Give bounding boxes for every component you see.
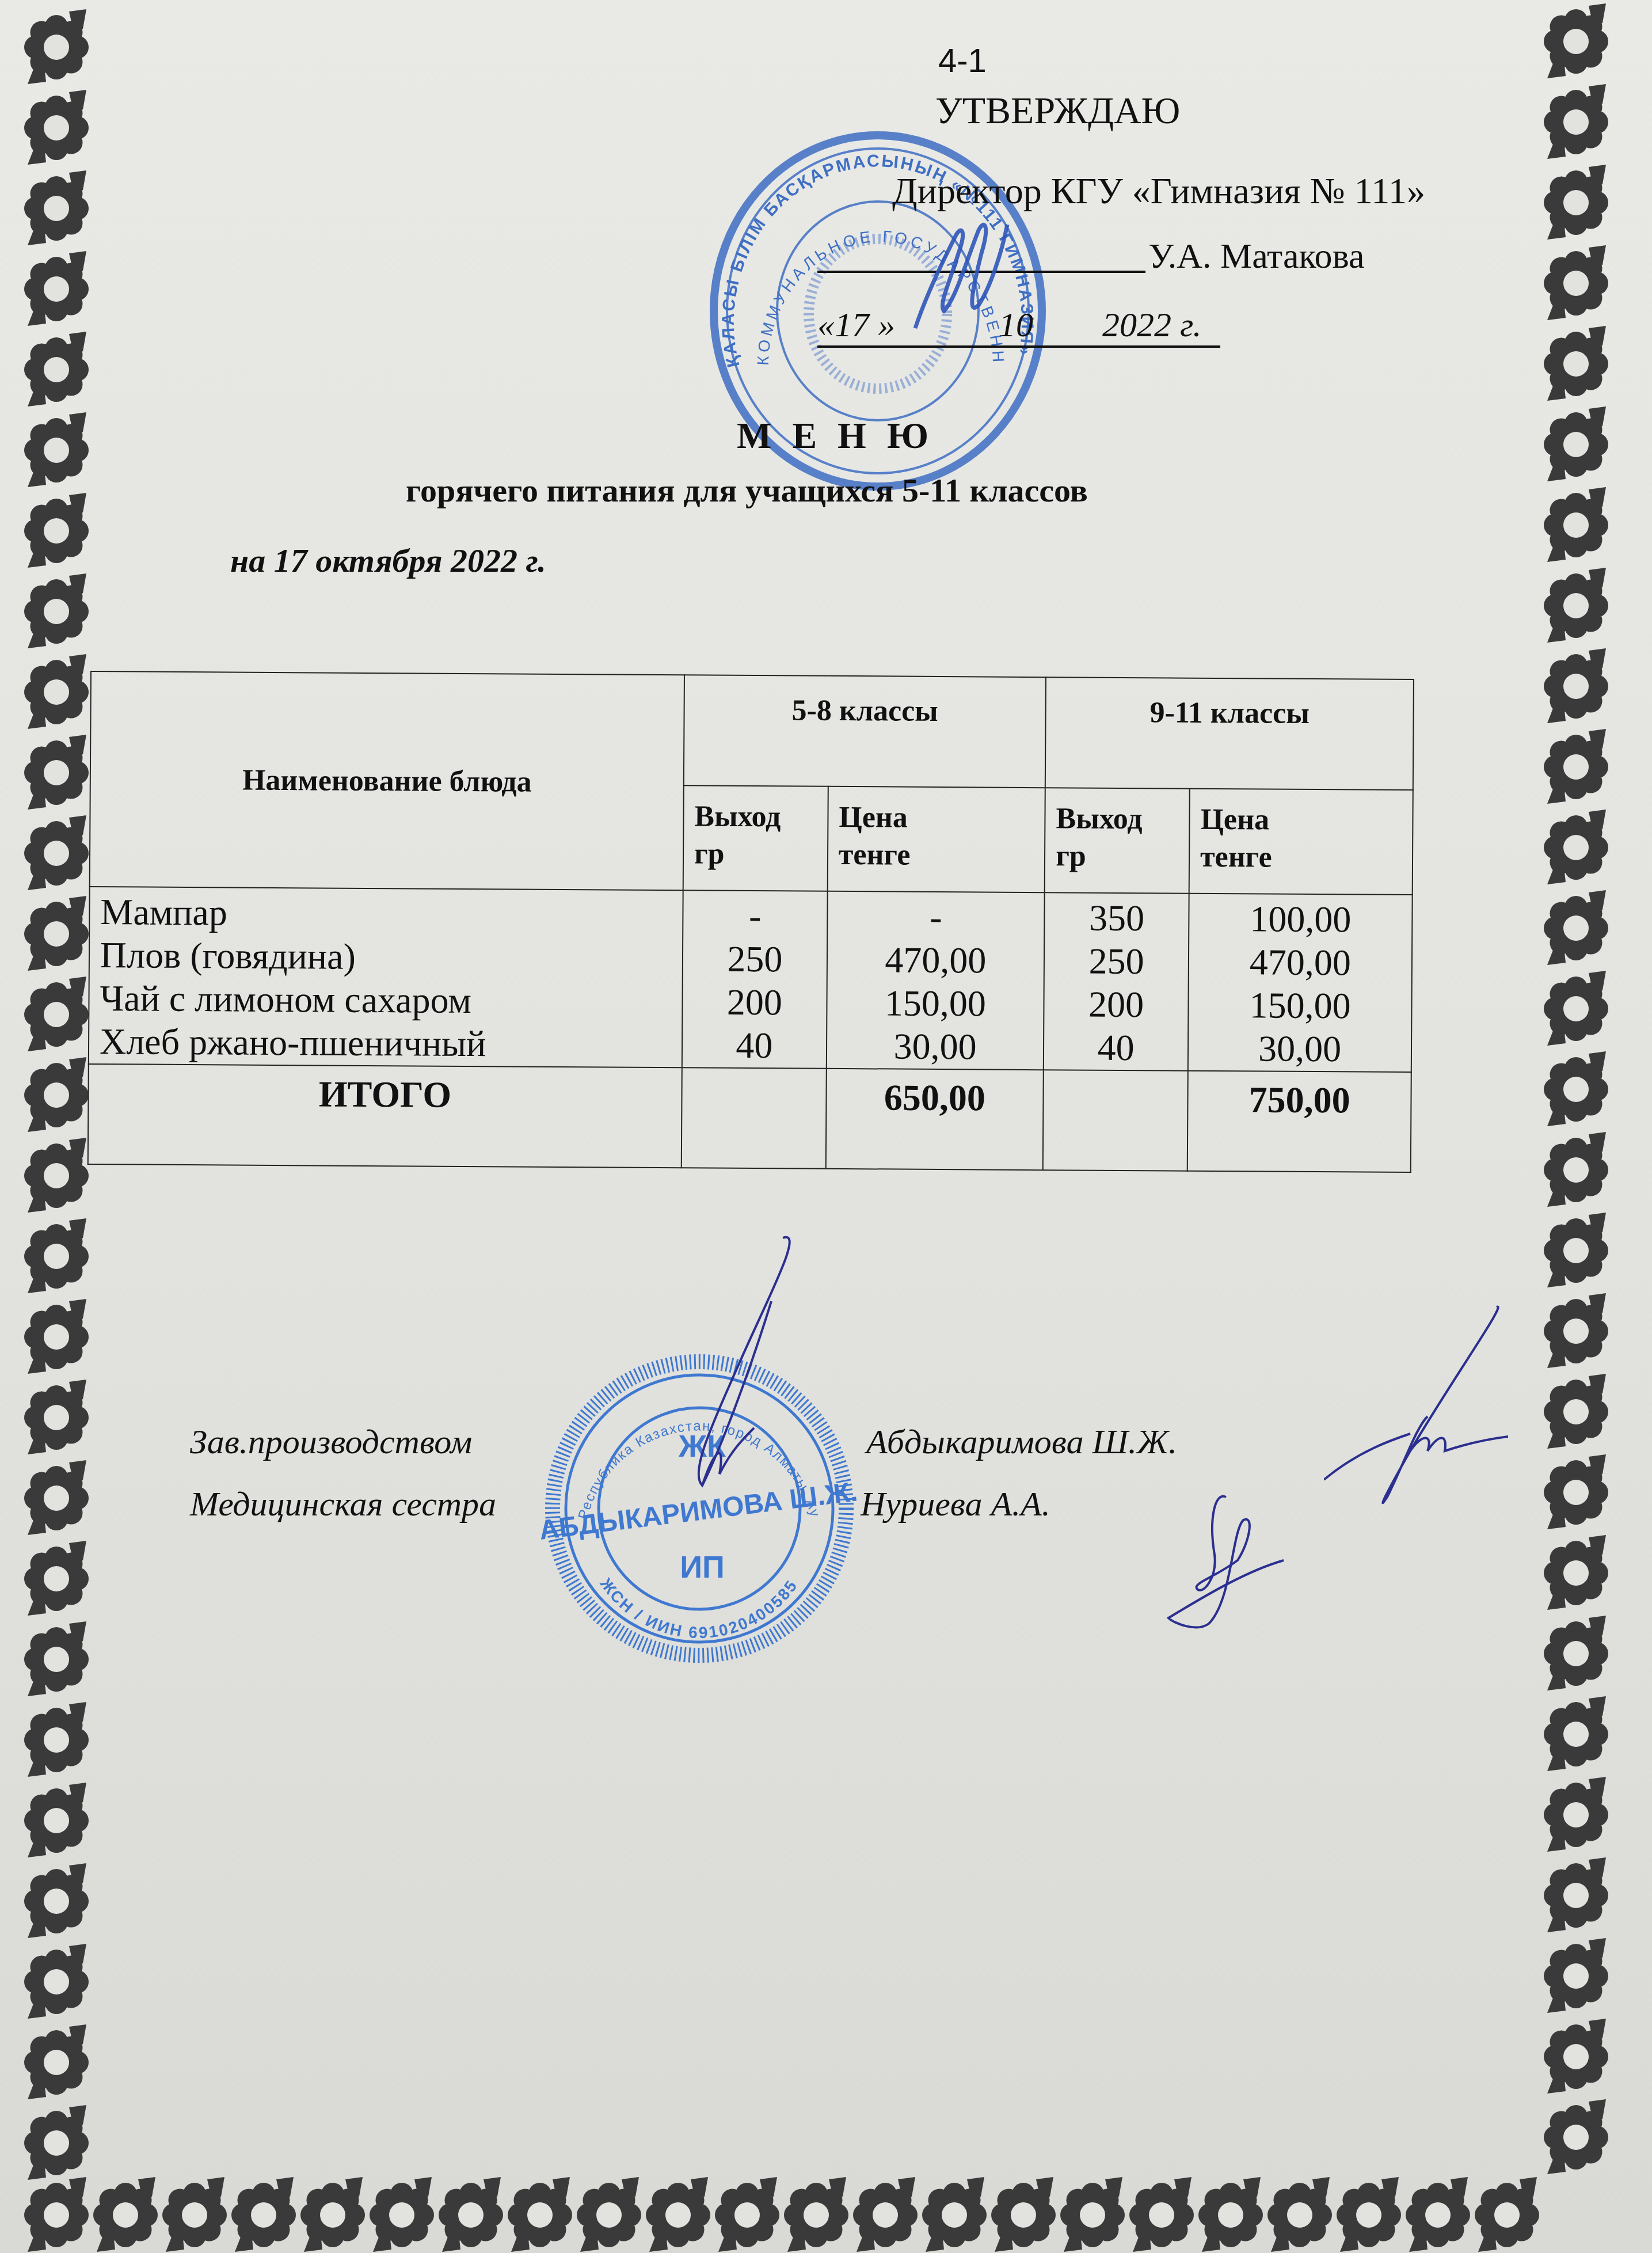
flower-ornament-icon bbox=[1543, 1854, 1612, 1935]
flower-ornament-icon bbox=[1404, 2174, 1474, 2253]
production-head-signature bbox=[633, 1232, 829, 1532]
approval-date-year: 2022 г. bbox=[1102, 305, 1202, 345]
flower-ornament-icon bbox=[1543, 1048, 1612, 1129]
document-code: 4-1 bbox=[938, 41, 987, 80]
table-row-total: ИТОГО 650,00 750,00 bbox=[88, 1064, 1411, 1172]
flower-ornament-icon bbox=[1543, 484, 1612, 564]
flower-ornament-icon bbox=[23, 167, 92, 248]
yield-5-8-cell: - 250 200 40 bbox=[682, 890, 828, 1069]
flower-ornament-icon bbox=[1543, 242, 1612, 322]
menu-table: Наименование блюда 5-8 классы 9-11 класс… bbox=[87, 671, 1414, 1173]
yield-value: 350 bbox=[1055, 896, 1178, 940]
flower-ornament-icon bbox=[23, 1295, 92, 1376]
flower-ornament-icon bbox=[645, 2174, 714, 2253]
flower-ornament-icon bbox=[1543, 1451, 1612, 1532]
flower-ornament-icon bbox=[1543, 1129, 1612, 1209]
flower-ornament-icon bbox=[23, 1699, 92, 1779]
flower-ornament-icon bbox=[23, 328, 92, 409]
column-header-price-9-11: Ценатенге bbox=[1189, 789, 1413, 895]
signature-name-production-head: Абдыкаримова Ш.Ж. bbox=[866, 1422, 1177, 1462]
flower-ornament-icon bbox=[23, 1618, 92, 1699]
document-subtitle: горячего питания для учащихся 5-11 класс… bbox=[406, 471, 1088, 510]
flower-ornament-icon bbox=[1543, 1935, 1612, 2015]
ornament-border-bottom bbox=[23, 2174, 1543, 2253]
price-value: 100,00 bbox=[1200, 898, 1401, 942]
price-value: 470,00 bbox=[838, 939, 1034, 983]
flower-ornament-icon bbox=[23, 1054, 92, 1134]
flower-ornament-icon bbox=[1543, 2015, 1612, 2096]
flower-ornament-icon bbox=[1128, 2174, 1197, 2253]
flower-ornament-icon bbox=[299, 2174, 368, 2253]
flower-ornament-icon bbox=[1543, 2096, 1612, 2176]
column-header-yield-9-11: Выходгр bbox=[1045, 788, 1190, 894]
signature-role-production-head: Зав.производством bbox=[190, 1422, 472, 1462]
flower-ornament-icon bbox=[1543, 1693, 1612, 1773]
flower-ornament-icon bbox=[1543, 645, 1612, 725]
flower-ornament-icon bbox=[1543, 887, 1612, 967]
flower-ornament-icon bbox=[23, 1134, 92, 1215]
table-row-dishes: Мампар Плов (говядина) Чай с лимоном сах… bbox=[89, 887, 1413, 1072]
ornament-border-left bbox=[23, 6, 92, 2182]
yield-value: - bbox=[694, 894, 816, 938]
flower-ornament-icon bbox=[23, 812, 92, 892]
flower-ornament-icon bbox=[1543, 1773, 1612, 1854]
total-yield-5-8 bbox=[682, 1067, 827, 1169]
yield-value: 250 bbox=[1055, 940, 1178, 983]
svg-text:ИП: ИП bbox=[680, 1550, 725, 1585]
flower-ornament-icon bbox=[230, 2174, 299, 2253]
yield-9-11-cell: 350 250 200 40 bbox=[1044, 892, 1189, 1071]
price-value: 30,00 bbox=[838, 1025, 1033, 1069]
approver-name: У.А. Матакова bbox=[1148, 236, 1364, 277]
dish-name: Плов (говядина) bbox=[100, 934, 672, 981]
flower-ornament-icon bbox=[1543, 161, 1612, 242]
flower-ornament-icon bbox=[1543, 806, 1612, 887]
flower-ornament-icon bbox=[23, 1376, 92, 1457]
dish-name: Мампар bbox=[100, 891, 672, 937]
total-price-5-8: 650,00 bbox=[826, 1069, 1044, 1170]
price-value: 30,00 bbox=[1199, 1027, 1400, 1072]
yield-value: 200 bbox=[693, 981, 816, 1024]
document-title: М Е Н Ю bbox=[737, 415, 934, 457]
flower-ornament-icon bbox=[23, 1215, 92, 1295]
flower-ornament-icon bbox=[1543, 1370, 1612, 1451]
flower-ornament-icon bbox=[1543, 81, 1612, 161]
column-header-yield-5-8: Выходгр bbox=[683, 785, 828, 891]
flower-ornament-icon bbox=[23, 86, 92, 167]
flower-ornament-icon bbox=[23, 489, 92, 570]
yield-value: 40 bbox=[693, 1024, 816, 1067]
flower-ornament-icon bbox=[1543, 1290, 1612, 1370]
flower-ornament-icon bbox=[1474, 2174, 1543, 2253]
ornament-border-right bbox=[1543, 0, 1612, 2176]
flower-ornament-icon bbox=[23, 570, 92, 651]
flower-ornament-icon bbox=[23, 731, 92, 812]
yield-value: 40 bbox=[1055, 1026, 1177, 1070]
flower-ornament-icon bbox=[1197, 2174, 1266, 2253]
flower-ornament-icon bbox=[23, 2102, 92, 2182]
flower-ornament-icon bbox=[23, 973, 92, 1054]
flower-ornament-icon bbox=[23, 248, 92, 328]
flower-ornament-icon bbox=[23, 409, 92, 489]
menu-date: на 17 октября 2022 г. bbox=[230, 541, 546, 580]
nurse-signature bbox=[1163, 1485, 1312, 1635]
flower-ornament-icon bbox=[921, 2174, 990, 2253]
column-header-price-5-8: Ценатенге bbox=[827, 787, 1045, 892]
flower-ornament-icon bbox=[1543, 1209, 1612, 1290]
price-value: 470,00 bbox=[1200, 941, 1401, 985]
flower-ornament-icon bbox=[23, 6, 92, 86]
dish-names-cell: Мампар Плов (говядина) Чай с лимоном сах… bbox=[89, 887, 683, 1067]
column-group-5-8: 5-8 классы bbox=[684, 675, 1046, 788]
director-signature bbox=[904, 190, 1030, 340]
approval-heading: УТВЕРЖДАЮ bbox=[935, 89, 1180, 133]
dish-name: Чай с лимоном сахаром bbox=[100, 977, 671, 1024]
production-head-signature-right bbox=[1324, 1301, 1508, 1520]
column-group-9-11: 9-11 классы bbox=[1045, 677, 1414, 790]
flower-ornament-icon bbox=[1266, 2174, 1335, 2253]
flower-ornament-icon bbox=[507, 2174, 576, 2253]
dish-name: Хлеб ржано-пшеничный bbox=[100, 1020, 671, 1067]
flower-ornament-icon bbox=[1543, 725, 1612, 806]
flower-ornament-icon bbox=[1059, 2174, 1128, 2253]
flower-ornament-icon bbox=[437, 2174, 507, 2253]
flower-ornament-icon bbox=[92, 2174, 161, 2253]
price-9-11-cell: 100,00 470,00 150,00 30,00 bbox=[1188, 894, 1413, 1072]
flower-ornament-icon bbox=[23, 1940, 92, 2021]
signature-name-nurse: Нуриева А.А. bbox=[861, 1484, 1050, 1524]
flower-ornament-icon bbox=[23, 892, 92, 973]
flower-ornament-icon bbox=[1543, 322, 1612, 403]
price-value: 150,00 bbox=[1199, 984, 1400, 1028]
approval-date-day: «17 » bbox=[817, 305, 895, 345]
flower-ornament-icon bbox=[23, 1457, 92, 1537]
flower-ornament-icon bbox=[852, 2174, 921, 2253]
flower-ornament-icon bbox=[1543, 967, 1612, 1048]
flower-ornament-icon bbox=[1543, 0, 1612, 81]
flower-ornament-icon bbox=[368, 2174, 437, 2253]
flower-ornament-icon bbox=[23, 2174, 92, 2253]
total-price-9-11: 750,00 bbox=[1187, 1071, 1411, 1172]
flower-ornament-icon bbox=[23, 1537, 92, 1618]
approval-date-line bbox=[817, 345, 1220, 348]
flower-ornament-icon bbox=[23, 1860, 92, 1940]
column-header-dish-name: Наименование блюда bbox=[90, 671, 684, 890]
flower-ornament-icon bbox=[1543, 403, 1612, 484]
signature-role-nurse: Медицинская сестра bbox=[190, 1484, 496, 1524]
price-5-8-cell: - 470,00 150,00 30,00 bbox=[827, 891, 1045, 1070]
yield-value: 250 bbox=[694, 937, 816, 981]
flower-ornament-icon bbox=[1543, 564, 1612, 645]
price-value: - bbox=[838, 895, 1034, 940]
flower-ornament-icon bbox=[576, 2174, 645, 2253]
total-label: ИТОГО bbox=[88, 1064, 682, 1168]
price-value: 150,00 bbox=[838, 982, 1033, 1026]
flower-ornament-icon bbox=[990, 2174, 1059, 2253]
total-yield-9-11 bbox=[1043, 1070, 1188, 1171]
flower-ornament-icon bbox=[161, 2174, 230, 2253]
flower-ornament-icon bbox=[783, 2174, 852, 2253]
flower-ornament-icon bbox=[23, 651, 92, 731]
flower-ornament-icon bbox=[23, 2021, 92, 2102]
flower-ornament-icon bbox=[23, 1779, 92, 1860]
flower-ornament-icon bbox=[1543, 1532, 1612, 1612]
flower-ornament-icon bbox=[714, 2174, 783, 2253]
flower-ornament-icon bbox=[1335, 2174, 1404, 2253]
flower-ornament-icon bbox=[1543, 1612, 1612, 1693]
yield-value: 200 bbox=[1055, 983, 1177, 1027]
